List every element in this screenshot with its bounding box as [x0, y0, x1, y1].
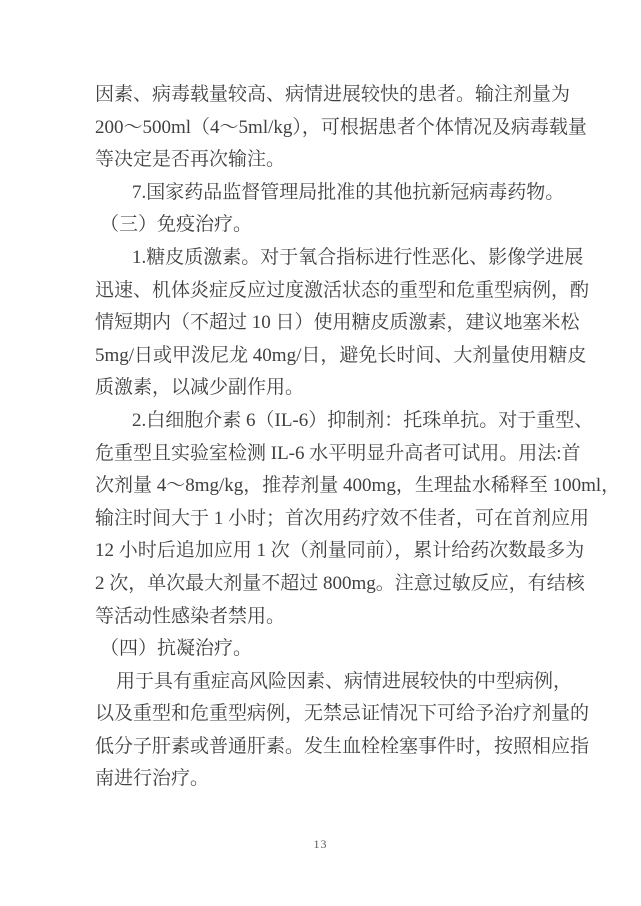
text-line: 12 小时后追加应用 1 次（剂量同前），累计给药次数最多为: [95, 535, 553, 568]
paragraph: 1.糖皮质激素。对于氧合指标进行性恶化、影像学进展迅速、机体炎症反应过度激活状态…: [95, 242, 553, 405]
text-line: 低分子肝素或普通肝素。发生血栓栓塞事件时，按照相应指: [95, 731, 553, 764]
paragraph: 因素、病毒载量较高、病情进展较快的患者。输注剂量为200～500ml（4～5ml…: [95, 79, 553, 177]
paragraph: 用于具有重症高风险因素、病情进展较快的中型病例，以及重型和危重型病例，无禁忌证情…: [95, 666, 553, 796]
text-line: 情短期内（不超过 10 日）使用糖皮质激素，建议地塞米松: [95, 307, 553, 340]
text-line: 质激素，以减少副作用。: [95, 372, 553, 405]
text-line: 2.白细胞介素 6（IL-6）抑制剂：托珠单抗。对于重型、: [95, 405, 553, 438]
paragraph: 7.国家药品监督管理局批准的其他抗新冠病毒药物。: [95, 177, 553, 210]
text-line: 输注时间大于 1 小时；首次用药疗效不佳者，可在首剂应用: [95, 503, 553, 536]
text-line: 200～500ml（4～5ml/kg），可根据患者个体情况及病毒载量: [95, 112, 553, 145]
text-line: 因素、病毒载量较高、病情进展较快的患者。输注剂量为: [95, 79, 553, 112]
text-line: 迅速、机体炎症反应过度激活状态的重型和危重型病例，酌: [95, 275, 553, 308]
text-line: 用于具有重症高风险因素、病情进展较快的中型病例，: [95, 666, 553, 699]
paragraph: 2.白细胞介素 6（IL-6）抑制剂：托珠单抗。对于重型、危重型且实验室检测 I…: [95, 405, 553, 633]
text-line: 1.糖皮质激素。对于氧合指标进行性恶化、影像学进展: [95, 242, 553, 275]
text-line: 危重型且实验室检测 IL-6 水平明显升高者可试用。用法:首: [95, 438, 553, 471]
text-line: 等决定是否再次输注。: [95, 144, 553, 177]
section-heading: （四）抗凝治疗。: [95, 633, 553, 666]
section-heading: （三）免疫治疗。: [95, 209, 553, 242]
text-line: 2 次，单次最大剂量不超过 800mg。注意过敏反应，有结核: [95, 568, 553, 601]
document-page: 因素、病毒载量较高、病情进展较快的患者。输注剂量为200～500ml（4～5ml…: [0, 0, 641, 906]
text-line: 次剂量 4～8mg/kg，推荐剂量 400mg，生理盐水稀释至 100ml，: [95, 470, 553, 503]
text-line: 南进行治疗。: [95, 763, 553, 796]
text-line: （三）免疫治疗。: [95, 209, 553, 242]
page-number: 13: [0, 837, 641, 852]
text-line: 7.国家药品监督管理局批准的其他抗新冠病毒药物。: [95, 177, 553, 210]
text-line: （四）抗凝治疗。: [95, 633, 553, 666]
text-line: 等活动性感染者禁用。: [95, 601, 553, 634]
document-body: 因素、病毒载量较高、病情进展较快的患者。输注剂量为200～500ml（4～5ml…: [95, 79, 553, 796]
text-line: 5mg/日或甲泼尼龙 40mg/日，避免长时间、大剂量使用糖皮: [95, 340, 553, 373]
text-line: 以及重型和危重型病例，无禁忌证情况下可给予治疗剂量的: [95, 698, 553, 731]
